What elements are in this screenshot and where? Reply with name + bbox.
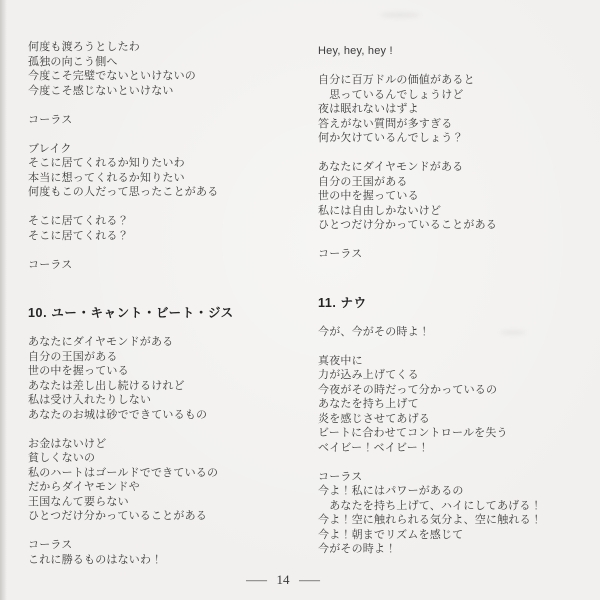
lyric-line: 今がその時よ！ bbox=[318, 542, 593, 557]
lyric-line: あなたは差し出し続けるけれど bbox=[28, 379, 303, 394]
lyric-line: 貧しくないの bbox=[28, 451, 303, 466]
lyric-line: 王国なんて要らない bbox=[28, 495, 303, 510]
lyric-line: 答えがない質問が多すぎる bbox=[318, 117, 593, 132]
lyric-line: 私には自由しかないけど bbox=[318, 204, 593, 219]
lyric-line: あなたのお城は砂でできているもの bbox=[28, 408, 303, 423]
lyric-line: 私は受け入れたりしない bbox=[28, 393, 303, 408]
lyric-line: 世の中を握っている bbox=[318, 189, 593, 204]
lyric-line: あなたを持ち上げて bbox=[318, 397, 593, 412]
lyric-line: 今度こそ感じないといけない bbox=[28, 84, 303, 99]
lyric-line: 真夜中に bbox=[318, 354, 593, 369]
lyric-line: 何か欠けているんでしょう？ bbox=[318, 131, 593, 146]
lyric-line: 夜は眠れないはずよ bbox=[318, 102, 593, 117]
lyric-block: コーラス bbox=[28, 258, 303, 273]
lyric-block: コーラス bbox=[318, 247, 593, 262]
lyric-line: ベイビー！ベイビー！ bbox=[318, 441, 593, 456]
lyric-block: 真夜中に力が込み上げてくる今夜がその時だって分かっているのあなたを持ち上げて炎を… bbox=[318, 354, 593, 456]
lyric-line: 思っているんでしょうけど bbox=[318, 88, 593, 103]
lyric-block: コーラス bbox=[28, 113, 303, 128]
lyric-line: 今よ！空に触れられる気分よ、空に触れる！ bbox=[318, 513, 593, 528]
lyric-line: コーラス bbox=[318, 247, 593, 262]
lyric-line: 自分の王国がある bbox=[28, 350, 303, 365]
lyric-line: 何度もこの人だって思ったことがある bbox=[28, 185, 303, 200]
lyric-block: コーラス今よ！私にはパワーがあるの あなたを持ち上げて、ハイにしてあげる！今よ！… bbox=[318, 470, 593, 557]
lyric-line: お金はないけど bbox=[28, 437, 303, 452]
lyric-line: ブレイク bbox=[28, 142, 303, 157]
lyrics-column-right: Hey, hey, hey !自分に百万ドルの価値があると 思っているんでしょう… bbox=[318, 44, 593, 571]
lyric-line: そこに居てくれる？ bbox=[28, 214, 303, 229]
lyric-line: これに勝るものはないわ！ bbox=[28, 553, 303, 568]
lyric-line: あなたにダイヤモンドがある bbox=[28, 335, 303, 350]
lyric-line: 今よ！私にはパワーがあるの bbox=[318, 484, 593, 499]
lyric-line: コーラス bbox=[28, 258, 303, 273]
lyric-line: 自分の王国がある bbox=[318, 175, 593, 190]
lyric-block: 自分に百万ドルの価値があると 思っているんでしょうけど夜は眠れないはずよ答えがな… bbox=[318, 73, 593, 146]
lyric-block: お金はないけど貧しくないの私のハートはゴールドでできているのだからダイヤモンドや… bbox=[28, 437, 303, 524]
lyric-line: 今が、今がその時よ！ bbox=[318, 325, 593, 340]
lyric-line: 今よ！朝までリズムを感じて bbox=[318, 528, 593, 543]
lyric-line: 自分に百万ドルの価値があると bbox=[318, 73, 593, 88]
lyric-line: 今度こそ完璧でないといけないの bbox=[28, 69, 303, 84]
lyric-line: Hey, hey, hey ! bbox=[318, 44, 593, 59]
lyric-block: あなたにダイヤモンドがある自分の王国がある世の中を握っている私には自由しかないけ… bbox=[318, 160, 593, 233]
lyric-line: 何度も渡ろうとしたわ bbox=[28, 40, 303, 55]
song-title: 10. ユー・キャント・ビート・ジス bbox=[28, 304, 303, 322]
lyric-block: 今が、今がその時よ！ bbox=[318, 325, 593, 340]
lyric-line: 孤独の向こう側へ bbox=[28, 55, 303, 70]
lyric-block: ブレイクそこに居てくれるか知りたいわ本当に想ってくれるか知りたい何度もこの人だっ… bbox=[28, 142, 303, 200]
lyric-line: ビートに合わせてコントロールを失う bbox=[318, 426, 593, 441]
scan-edge-shadow bbox=[0, 0, 7, 600]
scan-smudge bbox=[380, 12, 420, 18]
lyric-block: Hey, hey, hey ! bbox=[318, 44, 593, 59]
lyric-line: コーラス bbox=[318, 470, 593, 485]
lyric-line: 炎を感じさせてあげる bbox=[318, 412, 593, 427]
page-footer: — 14 — bbox=[250, 572, 316, 588]
song-title-block: 10. ユー・キャント・ビート・ジス bbox=[28, 304, 303, 322]
lyric-line: そこに居てくれる？ bbox=[28, 229, 303, 244]
lyric-line: 本当に想ってくれるか知りたい bbox=[28, 171, 303, 186]
lyric-block: 何度も渡ろうとしたわ孤独の向こう側へ今度こそ完璧でないといけないの今度こそ感じな… bbox=[28, 40, 303, 98]
page-number: 14 bbox=[277, 572, 290, 588]
lyric-block: コーラスこれに勝るものはないわ！ bbox=[28, 538, 303, 567]
song-title: 11. ナウ bbox=[318, 294, 593, 312]
lyrics-booklet-page: 何度も渡ろうとしたわ孤独の向こう側へ今度こそ完璧でないといけないの今度こそ感じな… bbox=[0, 0, 600, 600]
lyric-line: ひとつだけ分かっていることがある bbox=[28, 509, 303, 524]
lyric-line: だからダイヤモンドや bbox=[28, 480, 303, 495]
song-title-block: 11. ナウ bbox=[318, 294, 593, 312]
lyrics-column-left: 何度も渡ろうとしたわ孤独の向こう側へ今度こそ完璧でないといけないの今度こそ感じな… bbox=[28, 40, 303, 582]
lyric-line: あなたにダイヤモンドがある bbox=[318, 160, 593, 175]
lyric-line: そこに居てくれるか知りたいわ bbox=[28, 156, 303, 171]
lyric-line: コーラス bbox=[28, 538, 303, 553]
lyric-line: ひとつだけ分かっていることがある bbox=[318, 218, 593, 233]
lyric-line: 今夜がその時だって分かっているの bbox=[318, 383, 593, 398]
lyric-block: そこに居てくれる？そこに居てくれる？ bbox=[28, 214, 303, 243]
lyric-line: 力が込み上げてくる bbox=[318, 368, 593, 383]
lyric-line: 世の中を握っている bbox=[28, 364, 303, 379]
lyric-line: あなたを持ち上げて、ハイにしてあげる！ bbox=[318, 499, 593, 514]
footer-right-dash: — bbox=[299, 572, 320, 588]
footer-left-dash: — bbox=[246, 572, 267, 588]
lyric-line: コーラス bbox=[28, 113, 303, 128]
lyric-block: あなたにダイヤモンドがある自分の王国がある世の中を握っているあなたは差し出し続け… bbox=[28, 335, 303, 422]
lyric-line: 私のハートはゴールドでできているの bbox=[28, 466, 303, 481]
